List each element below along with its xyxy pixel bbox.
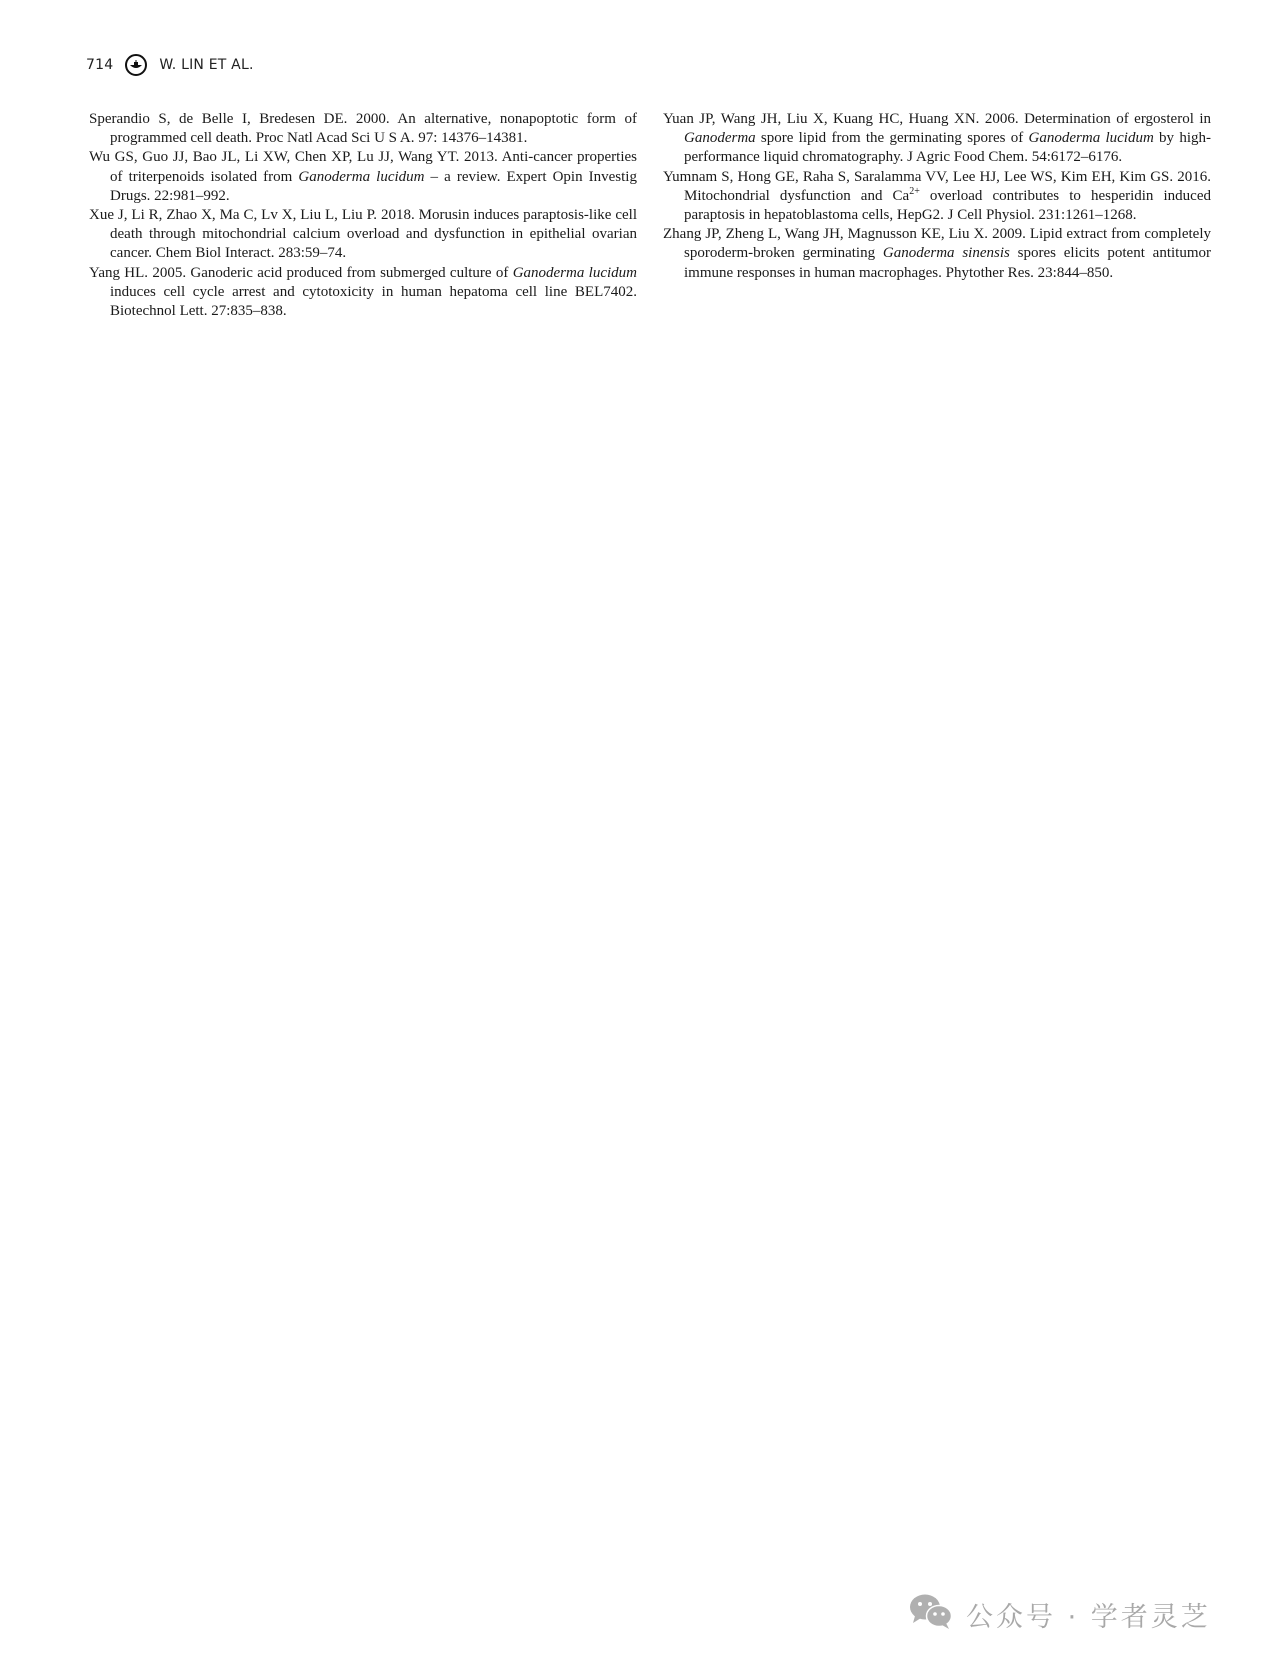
reference-text: spore lipid from the germinating spores … [756,130,1029,146]
reference-text: Sperandio S, de Belle I, Bredesen DE. 20… [89,111,637,146]
species-name: Ganoderma lucidum [513,265,637,281]
wechat-watermark: 公众号 · 学者灵芝 [908,1592,1211,1637]
reference-text: Xue J, Li R, Zhao X, Ma C, Lv X, Liu L, … [89,207,637,261]
page-number: 714 [86,57,113,73]
journal-boat-logo-icon [125,54,147,76]
reference-entry: Yuan JP, Wang JH, Liu X, Kuang HC, Huang… [663,110,1211,168]
reference-text: Yuan JP, Wang JH, Liu X, Kuang HC, Huang… [663,111,1211,127]
wechat-icon [908,1592,954,1637]
reference-entry: Sperandio S, de Belle I, Bredesen DE. 20… [89,110,637,148]
reference-entry: Wu GS, Guo JJ, Bao JL, Li XW, Chen XP, L… [89,148,637,206]
running-title: W. LIN ET AL. [159,57,253,73]
species-name: Ganoderma lucidum [298,169,424,185]
reference-entry: Yumnam S, Hong GE, Raha S, Saralamma VV,… [663,168,1211,226]
species-name: Ganoderma sinensis [883,245,1010,261]
reference-text: 2+ [909,186,920,197]
reference-entry: Zhang JP, Zheng L, Wang JH, Magnusson KE… [663,225,1211,283]
page-header: 714 W. LIN ET AL. [86,54,254,76]
watermark-text: 公众号 · 学者灵芝 [966,1595,1211,1634]
species-name: Ganoderma [684,130,756,146]
references-right-column: Yuan JP, Wang JH, Liu X, Kuang HC, Huang… [663,110,1211,283]
reference-text: induces cell cycle arrest and cytotoxici… [110,284,637,319]
references-left-column: Sperandio S, de Belle I, Bredesen DE. 20… [89,110,637,321]
species-name: Ganoderma lucidum [1029,130,1154,146]
reference-text: Yang HL. 2005. Ganoderic acid produced f… [89,265,513,281]
reference-entry: Yang HL. 2005. Ganoderic acid produced f… [89,264,637,322]
reference-entry: Xue J, Li R, Zhao X, Ma C, Lv X, Liu L, … [89,206,637,264]
